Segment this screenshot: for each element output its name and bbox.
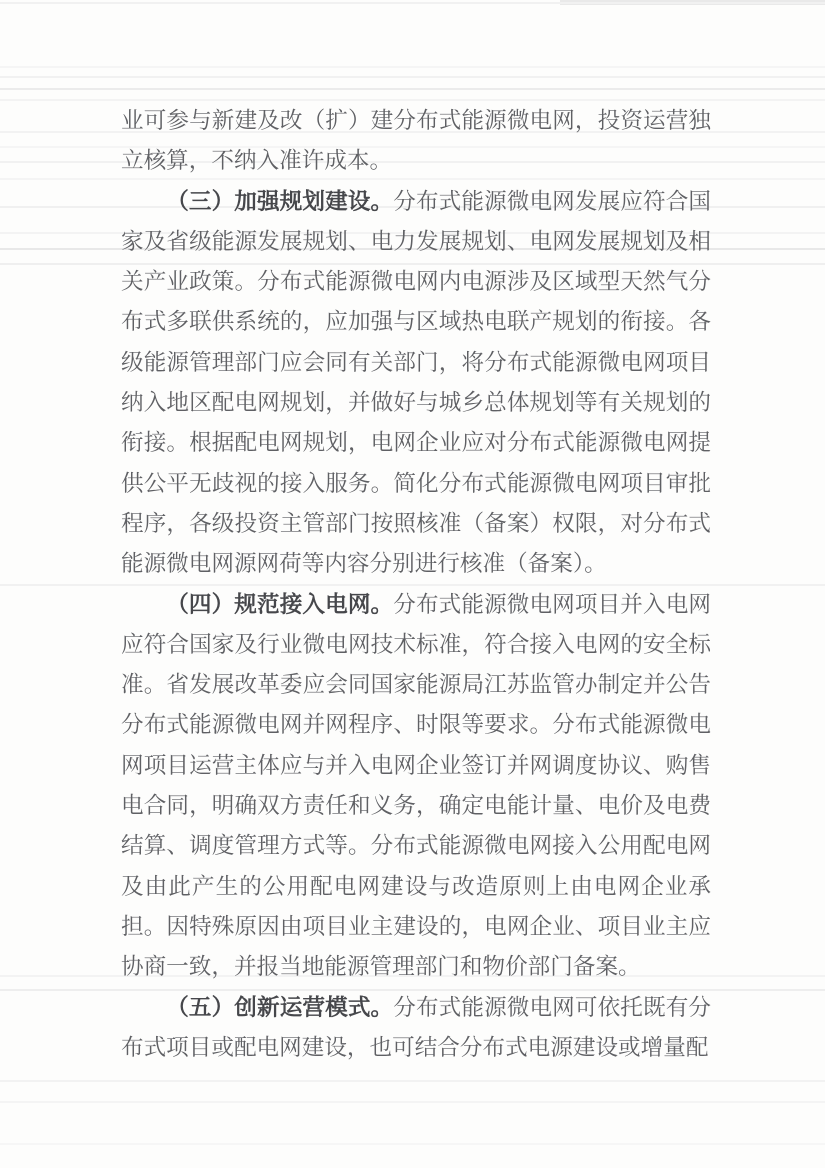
scan-artifact-line	[0, 2, 825, 4]
scan-artifact-line	[0, 1080, 825, 1082]
paragraph-text: 分布式能源微电网发展应符合国家及省级能源发展规划、电力发展规划、电网发展规划及相…	[121, 189, 711, 577]
scan-artifact-line	[560, 0, 825, 5]
paragraph-section-3: （三）加强规划建设。分布式能源微电网发展应符合国家及省级能源发展规划、电力发展规…	[121, 182, 711, 585]
scan-artifact-line	[0, 1101, 825, 1103]
paragraph-text: 分布式能源微电网项目并入电网应符合国家及行业微电网技术标准，符合接入电网的安全标…	[121, 592, 711, 980]
document-page: 业可参与新建及改（扩）建分布式能源微电网，投资运营独立核算，不纳入准许成本。 （…	[0, 0, 825, 1168]
scan-artifact-line	[0, 76, 825, 78]
paragraph-lead: （四）规范接入电网。	[166, 592, 393, 617]
scan-artifact-line	[0, 1143, 825, 1145]
scan-artifact-line	[0, 66, 825, 68]
document-body: 业可参与新建及改（扩）建分布式能源微电网，投资运营独立核算，不纳入准许成本。 （…	[121, 101, 711, 1068]
paragraph-lead: （五）创新运营模式。	[166, 995, 393, 1020]
paragraph-lead: （三）加强规划建设。	[166, 189, 393, 214]
paragraph-section-4: （四）规范接入电网。分布式能源微电网项目并入电网应符合国家及行业微电网技术标准，…	[121, 585, 711, 988]
paragraph-text: 业可参与新建及改（扩）建分布式能源微电网，投资运营独立核算，不纳入准许成本。	[121, 108, 711, 173]
scan-artifact-line	[0, 88, 825, 90]
paragraph-continuation: 业可参与新建及改（扩）建分布式能源微电网，投资运营独立核算，不纳入准许成本。	[121, 101, 711, 182]
paragraph-section-5: （五）创新运营模式。分布式能源微电网可依托既有分布式项目或配电网建设，也可结合分…	[121, 988, 711, 1069]
